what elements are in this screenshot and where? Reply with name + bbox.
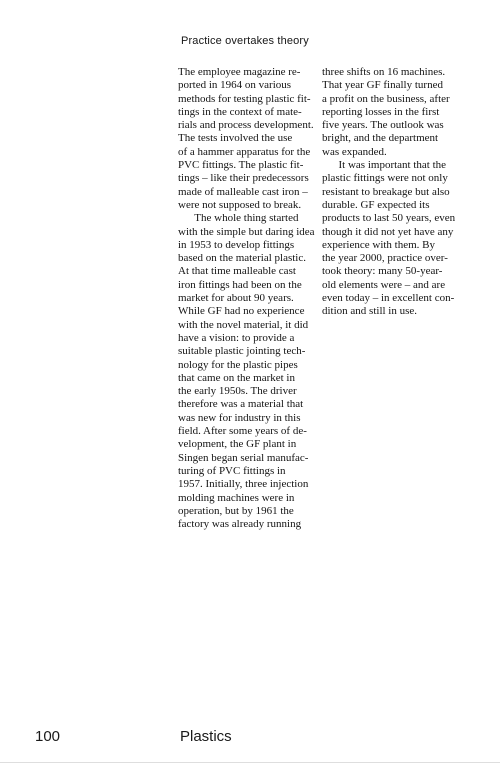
running-head: Practice overtakes theory	[181, 35, 309, 47]
text-line: iron fittings had been on the	[178, 279, 322, 292]
text-line: tings – like their predecessors	[178, 172, 322, 185]
text-line: velopment, the GF plant in	[178, 438, 322, 451]
text-line: made of malleable cast iron –	[178, 186, 322, 199]
text-line: plastic fittings were not only	[322, 172, 470, 185]
text-line: At that time malleable cast	[178, 265, 322, 278]
text-line: products to last 50 years, even	[322, 212, 470, 225]
text-line: That year GF finally turned	[322, 79, 470, 92]
text-line: tings in the context of mate-	[178, 106, 322, 119]
text-line: though it did not yet have any	[322, 226, 470, 239]
text-line: Singen began serial manufac-	[178, 452, 322, 465]
page-number: 100	[35, 728, 60, 745]
text-line: ported in 1964 on various	[178, 79, 322, 92]
book-page: Practice overtakes theory The employee m…	[0, 0, 500, 763]
text-line: in 1953 to develop fittings	[178, 239, 322, 252]
body-text-column-right: three shifts on 16 machines.That year GF…	[322, 66, 470, 319]
text-line: molding machines were in	[178, 492, 322, 505]
text-line: durable. GF expected its	[322, 199, 470, 212]
text-line: five years. The outlook was	[322, 119, 470, 132]
text-line: It was important that the	[322, 159, 470, 172]
text-line: factory was already running	[178, 518, 322, 531]
text-line: resistant to breakage but also	[322, 186, 470, 199]
text-line: was new for industry in this	[178, 412, 322, 425]
text-line: were not supposed to break.	[178, 199, 322, 212]
text-line: nology for the plastic pipes	[178, 359, 322, 372]
text-line: based on the material plastic.	[178, 252, 322, 265]
text-line: PVC fittings. The plastic fit-	[178, 159, 322, 172]
text-line: operation, but by 1961 the	[178, 505, 322, 518]
text-line: therefore was a material that	[178, 398, 322, 411]
text-line: a profit on the business, after	[322, 93, 470, 106]
text-line: old elements were – and are	[322, 279, 470, 292]
text-line: experience with them. By	[322, 239, 470, 252]
text-line: took theory: many 50-year-	[322, 265, 470, 278]
text-line: of a hammer apparatus for the	[178, 146, 322, 159]
text-line: three shifts on 16 machines.	[322, 66, 470, 79]
text-line: The tests involved the use	[178, 132, 322, 145]
text-line: The employee magazine re-	[178, 66, 322, 79]
text-line: dition and still in use.	[322, 305, 470, 318]
text-line: field. After some years of de-	[178, 425, 322, 438]
text-line: the early 1950s. The driver	[178, 385, 322, 398]
section-title: Plastics	[180, 728, 232, 745]
text-line: methods for testing plastic fit-	[178, 93, 322, 106]
text-line: reporting losses in the first	[322, 106, 470, 119]
text-line: The whole thing started	[178, 212, 322, 225]
text-line: with the novel material, it did	[178, 319, 322, 332]
body-text-column-left: The employee magazine re-ported in 1964 …	[178, 66, 322, 531]
text-line: rials and process development.	[178, 119, 322, 132]
text-line: 1957. Initially, three injection	[178, 478, 322, 491]
text-line: was expanded.	[322, 146, 470, 159]
text-line: turing of PVC fittings in	[178, 465, 322, 478]
text-line: with the simple but daring idea	[178, 226, 322, 239]
text-line: even today – in excellent con-	[322, 292, 470, 305]
text-line: have a vision: to provide a	[178, 332, 322, 345]
text-line: suitable plastic jointing tech-	[178, 345, 322, 358]
text-line: While GF had no experience	[178, 305, 322, 318]
text-line: market for about 90 years.	[178, 292, 322, 305]
text-line: the year 2000, practice over-	[322, 252, 470, 265]
text-line: bright, and the department	[322, 132, 470, 145]
text-line: that came on the market in	[178, 372, 322, 385]
